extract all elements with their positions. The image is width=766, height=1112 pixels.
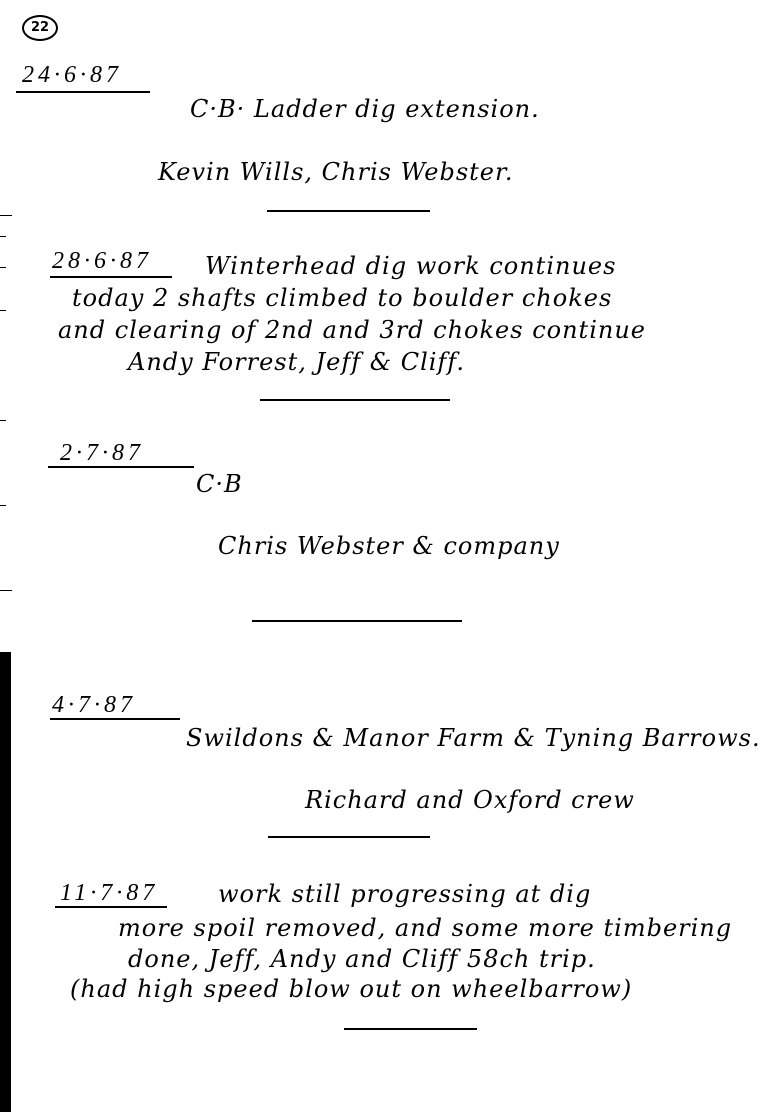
entry-date: 24·6·87 — [22, 62, 122, 89]
date-underline — [50, 718, 180, 720]
date-underline — [48, 466, 194, 468]
entry-separator — [344, 1028, 477, 1030]
entry-line: Chris Webster & company — [218, 532, 560, 560]
entry-line: Andy Forrest, Jeff & Cliff. — [128, 348, 465, 376]
margin-mark — [0, 310, 6, 311]
entry-date: 4·7·87 — [52, 692, 136, 719]
entry-date: 28·6·87 — [52, 248, 152, 275]
date-underline — [55, 906, 167, 908]
entry-line: done, Jeff, Andy and Cliff 58ch trip. — [128, 945, 596, 973]
margin-mark — [0, 505, 6, 506]
entry-line: C·B· Ladder dig extension. — [190, 95, 540, 123]
margin-mark — [0, 215, 12, 216]
entry-line: today 2 shafts climbed to boulder chokes — [72, 284, 612, 312]
date-underline — [16, 91, 150, 93]
page-number: 22 — [22, 15, 58, 41]
margin-mark — [0, 590, 12, 591]
entry-line: Richard and Oxford crew — [305, 786, 635, 814]
margin-mark — [0, 267, 6, 268]
entry-date: 11·7·87 — [60, 880, 158, 907]
entry-line: Kevin Wills, Chris Webster. — [158, 158, 513, 186]
page-binding-edge — [0, 652, 11, 1112]
entry-line: C·B — [196, 470, 243, 498]
entry-line: more spoil removed, and some more timber… — [118, 914, 732, 942]
entry-date: 2·7·87 — [60, 440, 144, 467]
entry-separator — [252, 620, 462, 622]
margin-mark — [0, 420, 6, 421]
entry-separator — [260, 399, 450, 401]
date-underline — [50, 276, 172, 278]
entry-line: (had high speed blow out on wheelbarrow) — [70, 975, 632, 1003]
entry-line: Winterhead dig work continues — [205, 252, 616, 280]
entry-separator — [267, 210, 430, 212]
entry-separator — [268, 836, 430, 838]
entry-line: work still progressing at dig — [218, 880, 591, 908]
margin-mark — [0, 236, 6, 237]
entry-line: Swildons & Manor Farm & Tyning Barrows. — [186, 724, 761, 752]
entry-line: and clearing of 2nd and 3rd chokes conti… — [58, 316, 646, 344]
